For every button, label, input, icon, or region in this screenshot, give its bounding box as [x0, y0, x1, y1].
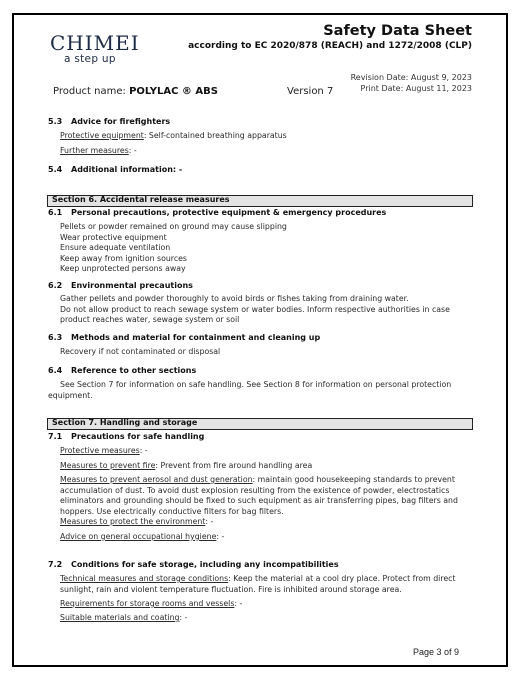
product-name-value: POLYLAC ® ABS	[129, 86, 218, 97]
document-subtitle: according to EC 2020/878 (REACH) and 127…	[188, 41, 472, 51]
product-name-label: Product name:	[53, 86, 126, 97]
storage-requirements-line: Requirements for storage rooms and vesse…	[60, 599, 242, 608]
heading-6-3: 6.3Methods and material for containment …	[48, 333, 320, 342]
section-7-header: Section 7. Handling and storage	[47, 418, 473, 430]
heading-6-2: 6.2Environmental precautions	[48, 281, 193, 290]
revision-date: Revision Date: August 9, 2023	[351, 73, 472, 82]
heading-6-1: 6.1Personal precautions, protective equi…	[48, 208, 386, 217]
heading-7-2: 7.2Conditions for safe storage, includin…	[48, 560, 339, 569]
version-label: Version 7	[287, 86, 333, 97]
page-number: Page 3 of 9	[413, 647, 459, 657]
aerosol-dust-paragraph: Measures to prevent aerosol and dust gen…	[60, 475, 458, 517]
document-title: Safety Data Sheet	[323, 23, 472, 39]
heading-5-4: 5.4Additional information: -	[48, 165, 182, 174]
storage-conditions-paragraph: Technical measures and storage condition…	[60, 574, 456, 595]
protective-measures-line: Protective measures: -	[60, 446, 148, 455]
company-logo: CHIMEI	[50, 31, 140, 55]
section-6-header: Section 6. Accidental release measures	[47, 195, 473, 207]
print-date: Print Date: August 11, 2023	[361, 84, 472, 93]
occupational-hygiene-line: Advice on general occupational hygiene: …	[60, 532, 224, 541]
protective-equipment-line: Protective equipment: Self-contained bre…	[60, 131, 287, 140]
heading-7-1: 7.1Precautions for safe handling	[48, 432, 204, 441]
company-tagline: a step up	[64, 53, 116, 65]
prevent-fire-line: Measures to prevent fire: Prevent from f…	[60, 461, 312, 470]
further-measures-line: Further measures: -	[60, 146, 137, 155]
personal-precautions-list: Pellets or powder remained on ground may…	[60, 222, 287, 275]
product-name: Product name: POLYLAC ® ABS	[53, 86, 218, 97]
containment-text: Recovery if not contaminated or disposal	[60, 347, 220, 356]
heading-5-3: 5.3Advice for firefighters	[48, 117, 170, 126]
reference-text-line2: equipment.	[48, 391, 93, 400]
protect-environment-line: Measures to protect the environment: -	[60, 517, 213, 526]
suitable-materials-line: Suitable materials and coating: -	[60, 613, 187, 622]
environmental-precautions-text: Gather pellets and powder thoroughly to …	[60, 294, 450, 326]
reference-text-line1: See Section 7 for information on safe ha…	[60, 380, 451, 389]
heading-6-4: 6.4Reference to other sections	[48, 366, 196, 375]
